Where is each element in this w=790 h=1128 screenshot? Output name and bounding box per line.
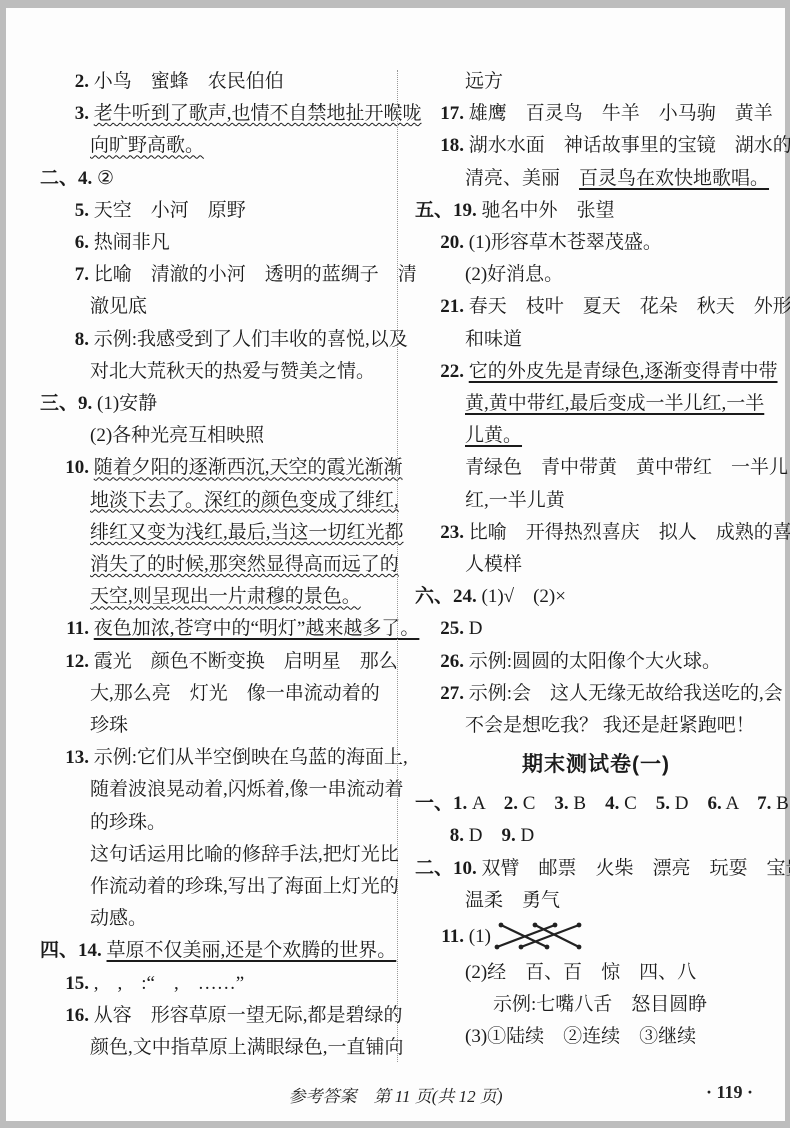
answer-number: 5. <box>656 793 670 814</box>
answer-line: 一、1. A 2. C 3. B 4. C 5. D 6. A 7. B <box>415 788 777 820</box>
answer-number: 3. <box>62 98 89 130</box>
answer-text: 天空 小河 原野 <box>89 200 246 221</box>
answer-number: 9. <box>501 825 515 846</box>
answer-text: 草原不仅美丽,还是个欢腾的世界。 <box>107 940 397 961</box>
answer-text: 夜色加浓,苍穹中的“明灯”越来越多了。 <box>94 618 420 639</box>
answer-number: 三、9. <box>40 393 92 414</box>
answer-text: 示例:圆圆的太阳像个大火球。 <box>464 651 721 672</box>
answer-text: (3)①陆续 ②连续 ③继续 <box>465 1026 696 1047</box>
answer-line: 和味道 <box>415 324 777 356</box>
answer-line: 二、10. 双臂 邮票 火柴 漂亮 玩耍 宝贵 <box>415 853 777 885</box>
answer-text: 示例:我感受到了人们丰收的喜悦,以及 <box>89 329 408 350</box>
answer-text: 这句话运用比喻的修辞手法,把灯光比 <box>90 844 399 865</box>
answer-line: 随着波浪晃动着,闪烁着,像一串流动着 <box>40 774 402 806</box>
left-column: 2. 小鸟 蜜蜂 农民伯伯3. 老牛听到了歌声,也情不自禁地扯开喉咙向旷野高歌。… <box>40 66 402 1064</box>
answer-number: 25. <box>437 613 464 645</box>
answer-line: 的珍珠。 <box>40 807 402 839</box>
answer-text: 地淡下去了。深红的颜色变成了绯红, <box>90 490 399 511</box>
answer-line: 动感。 <box>40 903 402 935</box>
answer-text: 春天 枝叶 夏天 花朵 秋天 外形 <box>464 296 790 317</box>
answer-number: 六、24. <box>415 586 477 607</box>
answer-number: 13. <box>62 742 89 774</box>
answer-line: 作流动着的珍珠,写出了海面上灯光的 <box>40 871 402 903</box>
answer-line: 大,那么亮 灯光 像一串流动着的 <box>40 678 402 710</box>
answer-text: 双臂 邮票 火柴 漂亮 玩耍 宝贵 <box>477 858 790 879</box>
answer-line: 不会是想吃我？ 我还是赶紧跑吧！ <box>415 710 777 742</box>
answer-text: 大,那么亮 灯光 像一串流动着的 <box>90 683 380 704</box>
answer-number: 17. <box>437 98 464 130</box>
answer-line: 六、24. (1)√ (2)× <box>415 581 777 613</box>
answer-number: 6. <box>708 793 722 814</box>
answer-text: 的珍珠。 <box>90 812 166 833</box>
answer-line: 2. 小鸟 蜜蜂 农民伯伯 <box>40 66 402 98</box>
answer-number: 6. <box>62 227 89 259</box>
answer-number: 2. <box>62 66 89 98</box>
answer-line: 10. 随着夕阳的逐渐西沉,天空的霞光渐渐 <box>40 452 402 484</box>
answer-line: 20. (1)形容草木苍翠茂盛。 <box>415 227 777 259</box>
answer-line: (2)经 百、百 惊 四、八 <box>415 957 777 989</box>
answer-number: 22. <box>437 356 464 388</box>
answer-book-page: 2. 小鸟 蜜蜂 农民伯伯3. 老牛听到了歌声,也情不自禁地扯开喉咙向旷野高歌。… <box>6 8 785 1121</box>
answer-number: 二、10. <box>415 858 477 879</box>
answer-line: 11. 夜色加浓,苍穹中的“明灯”越来越多了。 <box>40 613 402 645</box>
answer-text: (1) <box>464 926 491 947</box>
answer-text: (2)各种光亮互相映照 <box>90 425 264 446</box>
answer-number: 五、19. <box>415 200 477 221</box>
answer-number: 20. <box>437 227 464 259</box>
answer-line: 6. 热闹非凡 <box>40 227 402 259</box>
answer-text: D <box>464 825 501 846</box>
answer-number: 8. <box>62 324 89 356</box>
answer-text: B <box>569 793 605 814</box>
answer-text: (1)√ (2)× <box>477 586 566 607</box>
answer-text: 小鸟 蜜蜂 农民伯伯 <box>89 71 284 92</box>
answer-number: 23. <box>437 517 464 549</box>
answer-line: 黄,黄中带红,最后变成一半儿红,一半 <box>415 388 777 420</box>
answer-line: 13. 示例:它们从半空倒映在乌蓝的海面上, <box>40 742 402 774</box>
answer-text: 天空,则呈现出一片肃穆的景色。 <box>90 586 361 607</box>
answer-text: B <box>771 793 788 814</box>
answer-line: 清亮、美丽 百灵鸟在欢快地歌唱。 <box>415 163 777 195</box>
answer-text: 颜色,文中指草原上满眼绿色,一直铺向 <box>90 1037 404 1058</box>
answer-line: 7. 比喻 清澈的小河 透明的蓝绸子 清 <box>40 259 402 291</box>
answer-number: 10. <box>62 452 89 484</box>
page-number: · 119 · <box>706 1082 753 1103</box>
answer-text: (2)好消息。 <box>465 264 563 285</box>
answer-line: 远方 <box>415 66 777 98</box>
answer-text: 清亮、美丽 <box>465 168 579 189</box>
answer-text: 作流动着的珍珠,写出了海面上灯光的 <box>90 876 399 897</box>
answer-text: 和味道 <box>465 329 522 350</box>
answer-text: C <box>518 793 554 814</box>
answer-text: 霞光 颜色不断变换 启明星 那么 <box>89 651 398 672</box>
answer-text: 绯红又变为浅红,最后,当这一切红光都 <box>90 522 404 543</box>
answer-text: C <box>619 793 655 814</box>
answer-text: 黄,黄中带红,最后变成一半儿红,一半 <box>465 393 764 414</box>
answer-number: 3. <box>554 793 568 814</box>
answer-line: 向旷野高歌。 <box>40 130 402 162</box>
answer-line: 22. 它的外皮先是青绿色,逐渐变得青中带 <box>415 356 777 388</box>
answer-number: 4. <box>605 793 619 814</box>
answer-line: 儿黄。 <box>415 420 777 452</box>
answer-line: 三、9. (1)安静 <box>40 388 402 420</box>
answer-line: 绯红又变为浅红,最后,当这一切红光都 <box>40 517 402 549</box>
answer-number: 7. <box>62 259 89 291</box>
answer-text: ② <box>92 168 114 189</box>
exam-section-title: 期末测试卷(一) <box>415 742 777 788</box>
answer-line: 天空,则呈现出一片肃穆的景色。 <box>40 581 402 613</box>
page-footer: 参考答案 第 11 页(共 12 页) · 119 · <box>6 1082 785 1108</box>
answer-number: 16. <box>62 1000 89 1032</box>
answer-text: A <box>467 793 503 814</box>
answer-text: 青绿色 青中带黄 黄中带红 一半儿 <box>465 457 788 478</box>
answer-line: 颜色,文中指草原上满眼绿色,一直铺向 <box>40 1032 402 1064</box>
answer-number: 四、14. <box>40 940 102 961</box>
answer-line: 红,一半儿黄 <box>415 485 777 517</box>
answer-text: 雄鹰 百灵鸟 牛羊 小马驹 黄羊 <box>464 103 773 124</box>
answer-text: 珍珠 <box>90 715 128 736</box>
answer-text: 澈见底 <box>90 296 147 317</box>
answer-text: 驰名中外 张望 <box>477 200 615 221</box>
answer-text: 人模样 <box>465 554 522 575</box>
answer-text: 热闹非凡 <box>89 232 170 253</box>
answer-number: 11. <box>437 917 464 957</box>
answer-number: 一、1. <box>415 793 467 814</box>
answer-line: 示例:七嘴八舌 怒目圆睁 <box>415 989 777 1021</box>
answer-text: 对北大荒秋天的热爱与赞美之情。 <box>90 361 375 382</box>
answer-text: 比喻 开得热烈喜庆 拟人 成熟的喜 <box>464 522 790 543</box>
answer-text: , , :“ , ……” <box>89 973 244 994</box>
answer-line: 澈见底 <box>40 291 402 323</box>
answer-line: 18. 湖水水面 神话故事里的宝镜 湖水的 <box>415 130 777 162</box>
answer-number: 18. <box>437 130 464 162</box>
answer-number: 期末测试卷(一) <box>522 753 670 776</box>
answer-text: 红,一半儿黄 <box>465 490 565 511</box>
answer-text: D <box>516 825 534 846</box>
answer-line: 青绿色 青中带黄 黄中带红 一半儿 <box>415 452 777 484</box>
answer-text: 湖水水面 神话故事里的宝镜 湖水的 <box>464 135 790 156</box>
answer-line: 23. 比喻 开得热烈喜庆 拟人 成熟的喜 <box>415 517 777 549</box>
answer-line: 五、19. 驰名中外 张望 <box>415 195 777 227</box>
answer-number: 27. <box>437 678 464 710</box>
answer-line: 27. 示例:会 这人无缘无故给我送吃的,会 <box>415 678 777 710</box>
answer-line: 17. 雄鹰 百灵鸟 牛羊 小马驹 黄羊 <box>415 98 777 130</box>
answer-line: 21. 春天 枝叶 夏天 花朵 秋天 外形 <box>415 291 777 323</box>
answer-line: 二、4. ② <box>40 163 402 195</box>
answer-text: A <box>722 793 757 814</box>
answer-text: D <box>670 793 707 814</box>
answer-line: 5. 天空 小河 原野 <box>40 195 402 227</box>
answer-text: 示例:七嘴八舌 怒目圆睁 <box>493 994 707 1015</box>
answer-text: 百灵鸟在欢快地歌唱。 <box>579 168 769 189</box>
answer-line: 消失了的时候,那突然显得高而远了的 <box>40 549 402 581</box>
answer-text: 消失了的时候,那突然显得高而远了的 <box>90 554 399 575</box>
answer-text: D <box>464 618 482 639</box>
answer-line: (3)①陆续 ②连续 ③继续 <box>415 1021 777 1053</box>
answer-line: 12. 霞光 颜色不断变换 启明星 那么 <box>40 646 402 678</box>
answer-number: 8. <box>437 820 464 852</box>
answer-number: 二、4. <box>40 168 92 189</box>
answer-text: (1)形容草木苍翠茂盛。 <box>464 232 662 253</box>
answer-line: 26. 示例:圆圆的太阳像个大火球。 <box>415 646 777 678</box>
answer-line: 温柔 勇气 <box>415 885 777 917</box>
answer-line: 11. (1) <box>415 917 777 957</box>
answer-line: 15. , , :“ , ……” <box>40 968 402 1000</box>
answer-text: 儿黄。 <box>465 425 522 446</box>
answer-line: 8. 示例:我感受到了人们丰收的喜悦,以及 <box>40 324 402 356</box>
right-column: 远方17. 雄鹰 百灵鸟 牛羊 小马驹 黄羊18. 湖水水面 神话故事里的宝镜 … <box>415 66 777 1054</box>
answer-text: 随着夕阳的逐渐西沉,天空的霞光渐渐 <box>94 457 403 478</box>
answer-line: 这句话运用比喻的修辞手法,把灯光比 <box>40 839 402 871</box>
answer-line: 人模样 <box>415 549 777 581</box>
answer-text: 不会是想吃我？ 我还是赶紧跑吧！ <box>465 715 755 736</box>
answer-number: 12. <box>62 646 89 678</box>
answer-number: 5. <box>62 195 89 227</box>
footer-text: 参考答案 第 11 页(共 12 页) <box>6 1082 785 1107</box>
answer-text: 它的外皮先是青绿色,逐渐变得青中带 <box>469 361 778 382</box>
answer-number: 26. <box>437 646 464 678</box>
answer-text: 向旷野高歌。 <box>90 135 204 156</box>
answer-line: 珍珠 <box>40 710 402 742</box>
answer-text: (1)安静 <box>92 393 157 414</box>
column-divider <box>397 70 398 1062</box>
answer-text: 远方 <box>465 71 503 92</box>
answer-line: 地淡下去了。深红的颜色变成了绯红, <box>40 485 402 517</box>
answer-text: 示例:会 这人无缘无故给我送吃的,会 <box>464 683 783 704</box>
answer-text: 温柔 勇气 <box>465 890 560 911</box>
answer-text: (2)经 百、百 惊 四、八 <box>465 962 696 983</box>
answer-number: 11. <box>62 613 89 645</box>
answer-text: 示例:它们从半空倒映在乌蓝的海面上, <box>89 747 408 768</box>
answer-number: 2. <box>504 793 518 814</box>
answer-text: 动感。 <box>90 908 147 929</box>
answer-text: 随着波浪晃动着,闪烁着,像一串流动着 <box>90 779 404 800</box>
answer-text: 老牛听到了歌声,也情不自禁地扯开喉咙 <box>94 103 422 124</box>
answer-number: 7. <box>757 793 771 814</box>
answer-text: 从容 形容草原一望无际,都是碧绿的 <box>89 1005 403 1026</box>
answer-line: 四、14. 草原不仅美丽,还是个欢腾的世界。 <box>40 935 402 967</box>
answer-line: 25. D <box>415 613 777 645</box>
answer-line: 16. 从容 形容草原一望无际,都是碧绿的 <box>40 1000 402 1032</box>
answer-number: 15. <box>62 968 89 1000</box>
answer-line: 3. 老牛听到了歌声,也情不自禁地扯开喉咙 <box>40 98 402 130</box>
answer-line: 8. D 9. D <box>415 820 777 852</box>
matching-lines-graphic <box>494 921 586 951</box>
answer-line: 对北大荒秋天的热爱与赞美之情。 <box>40 356 402 388</box>
answer-line: (2)好消息。 <box>415 259 777 291</box>
answer-number: 21. <box>437 291 464 323</box>
answer-line: (2)各种光亮互相映照 <box>40 420 402 452</box>
answer-text: 比喻 清澈的小河 透明的蓝绸子 清 <box>89 264 417 285</box>
